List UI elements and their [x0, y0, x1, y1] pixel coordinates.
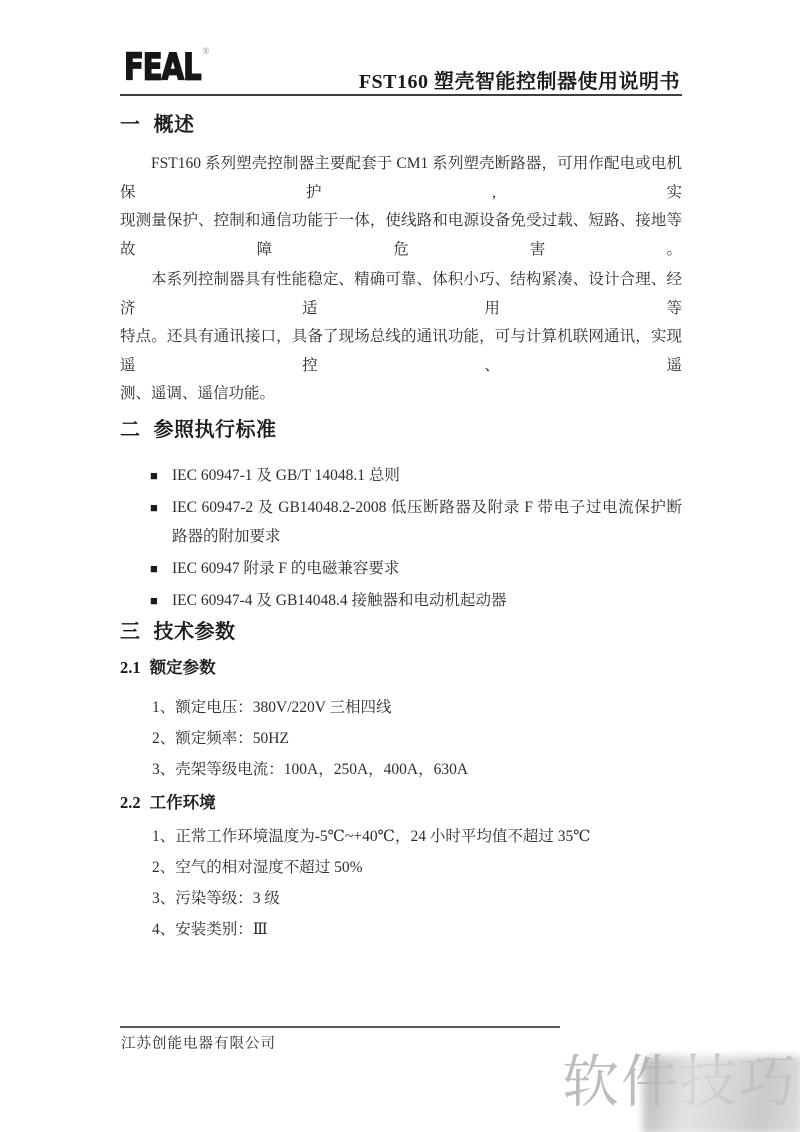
bullet-square-icon: ■	[150, 461, 158, 490]
footer-company: 江苏创能电器有限公司	[121, 1032, 276, 1053]
bullet-text: IEC 60947-1 及 GB/T 14048.1 总则	[172, 467, 400, 484]
subsection-number: 2.2	[120, 793, 141, 812]
subsection-title: 额定参数	[150, 658, 216, 677]
section-title: 参照执行标准	[154, 419, 277, 441]
paragraph-line: 本系列控制器具有性能稳定、精确可靠、体积小巧、结构紧凑、设计合理、经济适用等	[120, 266, 682, 323]
bullet-square-icon: ■	[150, 586, 158, 615]
subsection-title: 工作环境	[150, 793, 216, 812]
spec-item: 4、安装类别：Ⅲ	[152, 915, 682, 944]
bullet-text: IEC 60947 附录 F 的电磁兼容要求	[172, 560, 399, 577]
footer-rule	[120, 1026, 560, 1028]
section-title: 概述	[154, 114, 195, 136]
spec-item: 1、额定电压：380V/220V 三相四线	[152, 693, 682, 722]
spec-item: 3、污染等级：3 级	[152, 884, 682, 913]
bullet-item: ■IEC 60947-2 及 GB14048.2-2008 低压断路器及附录 F…	[150, 493, 682, 551]
scan-smudge-artifact	[643, 1056, 800, 1132]
registered-trademark-icon: ®	[203, 46, 210, 56]
spec-item: 3、壳架等级电流：100A，250A，400A，630A	[152, 755, 682, 784]
page-body: 一概述 FST160 系列塑壳控制器主要配套于 CM1 系列塑壳断路器，可用作配…	[120, 104, 682, 946]
subsection-heading-working-environment: 2.2工作环境	[120, 792, 682, 814]
rated-parameters-list: 1、额定电压：380V/220V 三相四线 2、额定频率：50HZ 3、壳架等级…	[152, 693, 682, 784]
subsection-heading-rated-parameters: 2.1额定参数	[120, 657, 682, 679]
section-number: 二	[120, 419, 141, 441]
bullet-text: IEC 60947-2 及 GB14048.2-2008 低压断路器及附录 F …	[172, 499, 682, 545]
bullet-item: ■IEC 60947-4 及 GB14048.4 接触器和电动机起动器	[150, 586, 682, 615]
section-heading-standards: 二参照执行标准	[120, 417, 682, 443]
working-environment-list: 1、正常工作环境温度为-5℃~+40℃，24 小时平均值不超过 35℃ 2、空气…	[152, 822, 682, 944]
section-number: 三	[120, 621, 141, 643]
paragraph: 本系列控制器具有性能稳定、精确可靠、体积小巧、结构紧凑、设计合理、经济适用等 特…	[120, 266, 682, 409]
bullet-item: ■IEC 60947-1 及 GB/T 14048.1 总则	[150, 461, 682, 490]
paragraph: FST160 系列塑壳控制器主要配套于 CM1 系列塑壳断路器，可用作配电或电机…	[120, 150, 682, 264]
doc-title: FST160 塑壳智能控制器使用说明书	[120, 65, 680, 94]
section-title: 技术参数	[154, 621, 236, 643]
bullet-text: IEC 60947-4 及 GB14048.4 接触器和电动机起动器	[172, 592, 507, 609]
section-heading-overview: 一概述	[120, 112, 682, 138]
paragraph-line: 测、遥调、遥信功能。	[120, 380, 682, 409]
paragraph-line: 现测量保护、控制和通信功能于一体，使线路和电源设备免受过载、短路、接地等故障危害…	[120, 207, 682, 264]
paragraph-line: FST160 系列塑壳控制器主要配套于 CM1 系列塑壳断路器，可用作配电或电机…	[120, 150, 682, 207]
bullet-square-icon: ■	[150, 554, 158, 583]
section-number: 一	[120, 114, 141, 136]
spec-item: 1、正常工作环境温度为-5℃~+40℃，24 小时平均值不超过 35℃	[152, 822, 682, 851]
subsection-number: 2.1	[120, 658, 141, 677]
bullet-item: ■IEC 60947 附录 F 的电磁兼容要求	[150, 554, 682, 583]
spec-item: 2、空气的相对湿度不超过 50%	[152, 853, 682, 882]
section-heading-parameters: 三技术参数	[120, 619, 682, 645]
paragraph-line: 特点。还具有通讯接口，具备了现场总线的通讯功能，可与计算机联网通讯，实现遥控、遥	[120, 323, 682, 380]
spec-item: 2、额定频率：50HZ	[152, 724, 682, 753]
header-rule	[120, 94, 682, 96]
standards-bullet-list: ■IEC 60947-1 及 GB/T 14048.1 总则 ■IEC 6094…	[150, 461, 682, 615]
bullet-square-icon: ■	[150, 493, 158, 522]
